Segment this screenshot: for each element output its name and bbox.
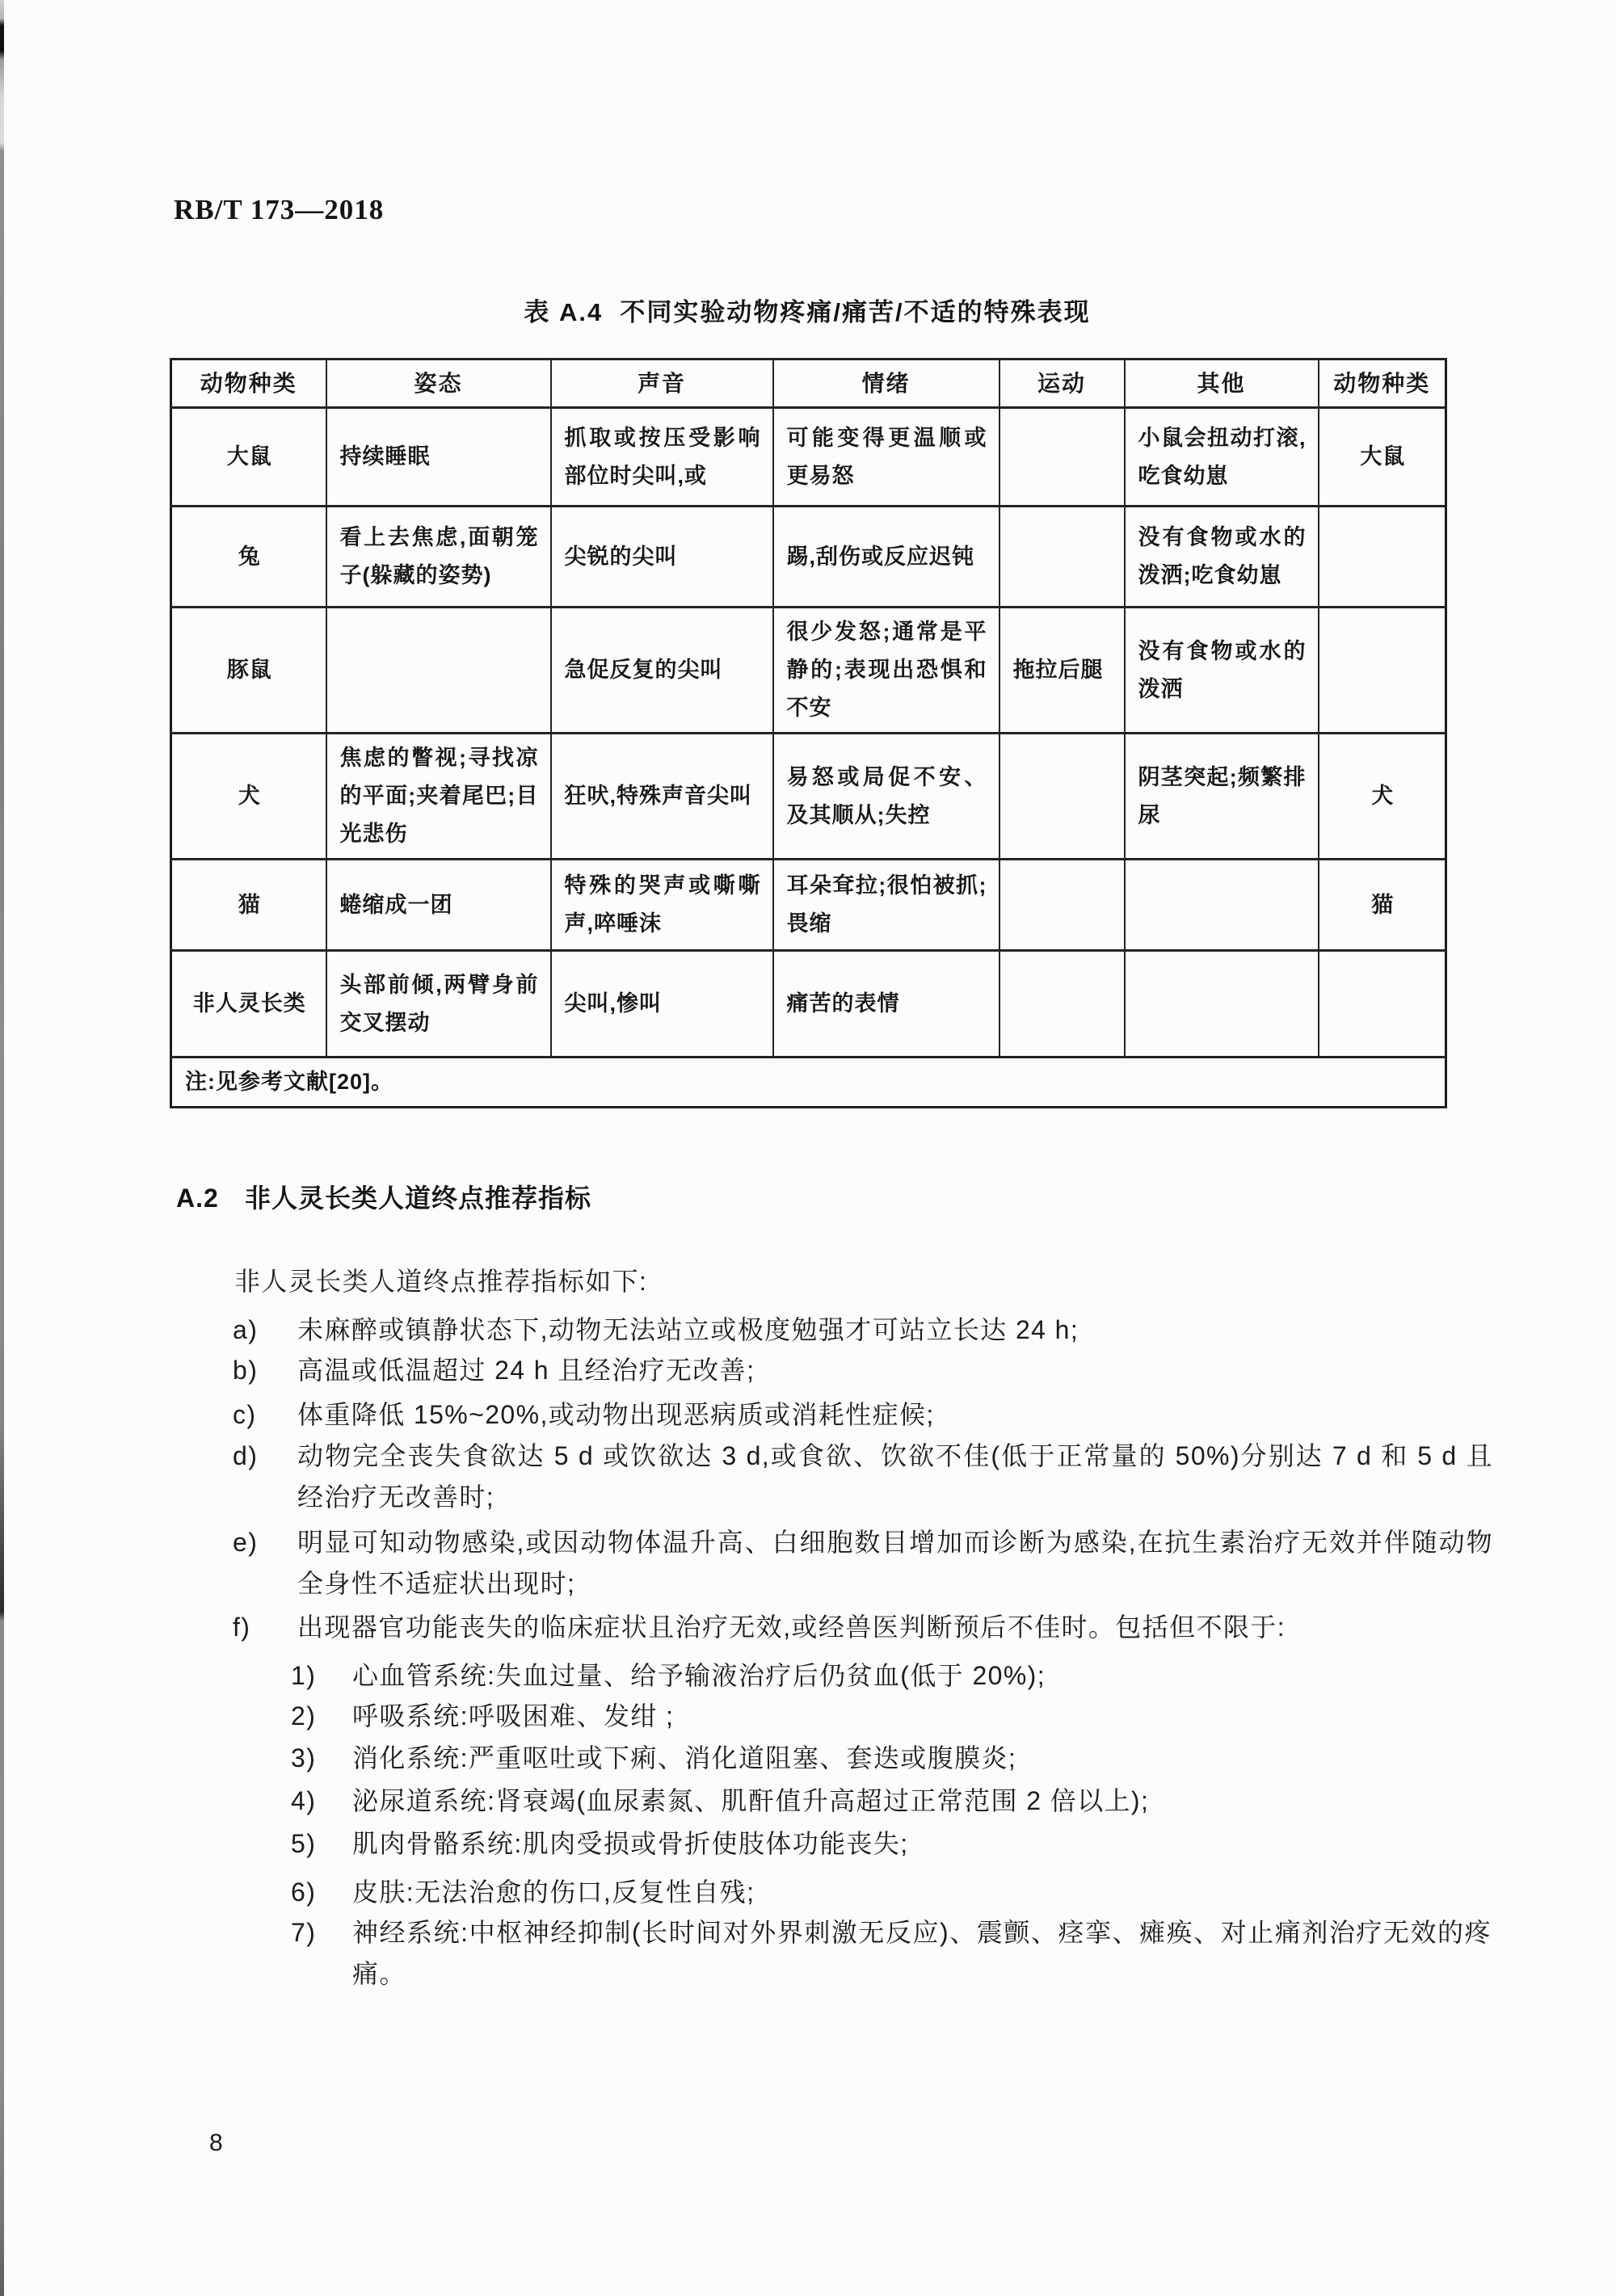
list-item: 5)肌肉骨骼系统:肌肉受损或骨折使肢体功能丧失; xyxy=(291,1823,1495,1865)
animal-name-cell: 犬 xyxy=(1319,734,1446,860)
list-item-label: 2) xyxy=(291,1696,352,1737)
table-cell: 尖锐的尖叫 xyxy=(551,507,773,608)
table-cell: 拖拉后腿 xyxy=(999,608,1125,734)
list-item-label: 1) xyxy=(291,1655,352,1697)
list-item-text: 肌肉骨骼系统:肌肉受损或骨折使肢体功能丧失; xyxy=(352,1823,1492,1865)
table-header-cell: 运动 xyxy=(999,360,1125,408)
section-intro: 非人灵长类人道终点推荐指标如下: xyxy=(234,1261,647,1302)
section-number: A.2 xyxy=(176,1184,245,1213)
list-item: d)动物完全丧失食欲达 5 d 或饮欲达 3 d,或食欲、饮欲不佳(低于正常量的… xyxy=(233,1436,1493,1518)
table-cell: 没有食物或水的泼洒 xyxy=(1125,608,1319,734)
standard-number: RB/T 173—2018 xyxy=(174,194,384,226)
table-cell: 持续睡眠 xyxy=(326,408,551,507)
page-number: 8 xyxy=(209,2130,223,2157)
table-note: 注:见参考文献[20]。 xyxy=(171,1058,1446,1108)
table-row: 犬焦虑的瞥视;寻找凉的平面;夹着尾巴;目光悲伤狂吠,特殊声音尖叫易怒或局促不安、… xyxy=(171,734,1446,860)
list-item-text: 出现器官功能丧失的临床症状且治疗无效,或经兽医判断预后不佳时。包括但不限于: xyxy=(297,1607,1493,1648)
list-item-label: 5) xyxy=(291,1823,352,1865)
list-item-label: f) xyxy=(233,1607,297,1648)
table-cell xyxy=(1125,951,1319,1058)
table-header-cell: 声音 xyxy=(551,360,773,408)
table-row: 猫蜷缩成一团特殊的哭声或嘶嘶声,啐唾沫耳朵耷拉;很怕被抓;畏缩猫 xyxy=(171,860,1446,951)
list-item-label: a) xyxy=(233,1310,297,1351)
table-cell: 焦虑的瞥视;寻找凉的平面;夹着尾巴;目光悲伤 xyxy=(326,734,551,860)
list-item-text: 动物完全丧失食欲达 5 d 或饮欲达 3 d,或食欲、饮欲不佳(低于正常量的 5… xyxy=(297,1436,1493,1518)
list-item-text: 体重降低 15%~20%,或动物出现恶病质或消耗性症候; xyxy=(297,1394,1493,1436)
table-cell xyxy=(999,507,1125,608)
list-item: c)体重降低 15%~20%,或动物出现恶病质或消耗性症候; xyxy=(233,1394,1493,1436)
table-row: 非人灵长类头部前倾,两臂身前交叉摆动尖叫,惨叫痛苦的表情 xyxy=(171,951,1446,1058)
list-item-text: 心血管系统:失血过量、给予输液治疗后仍贫血(低于 20%); xyxy=(352,1655,1492,1697)
table-title: 表 A.4 不同实验动物疼痛/痛苦/不适的特殊表现 xyxy=(170,292,1445,328)
animal-name-cell: 猫 xyxy=(1319,860,1446,951)
list-item-label: 4) xyxy=(291,1781,352,1822)
list-item-label: 3) xyxy=(291,1738,352,1779)
animal-name-cell: 非人灵长类 xyxy=(171,951,326,1058)
list-item-text: 未麻醉或镇静状态下,动物无法站立或极度勉强才可站立长达 24 h; xyxy=(297,1310,1493,1351)
table-cell: 痛苦的表情 xyxy=(773,951,999,1058)
list-item: 6)皮肤:无法治愈的伤口,反复性自残; xyxy=(291,1872,1495,1913)
list-item: 4)泌尿道系统:肾衰竭(血尿素氮、肌酐值升高超过正常范围 2 倍以上); xyxy=(291,1781,1495,1822)
table-row: 大鼠持续睡眠抓取或按压受影响部位时尖叫,或可能变得更温顺或更易怒小鼠会扭动打滚,… xyxy=(171,408,1446,507)
document-page: { "page": { "standard_number": "RB/T 173… xyxy=(0,0,1616,2296)
table-cell: 特殊的哭声或嘶嘶声,啐唾沫 xyxy=(551,860,773,951)
table-cell xyxy=(326,608,551,734)
list-item-label: 6) xyxy=(291,1872,352,1913)
table-cell: 可能变得更温顺或更易怒 xyxy=(773,408,999,507)
table-cell: 急促反复的尖叫 xyxy=(551,608,773,734)
list-item-text: 泌尿道系统:肾衰竭(血尿素氮、肌酐值升高超过正常范围 2 倍以上); xyxy=(352,1781,1492,1822)
list-item-label: e) xyxy=(233,1522,297,1604)
table-cell xyxy=(999,951,1125,1058)
list-item: b)高温或低温超过 24 h 且经治疗无改善; xyxy=(233,1350,1493,1391)
table-cell xyxy=(999,408,1125,507)
table-cell: 狂吠,特殊声音尖叫 xyxy=(551,734,773,860)
table-header-cell: 动物种类 xyxy=(171,360,326,408)
table-header-cell: 姿态 xyxy=(326,360,551,408)
table-row: 兔看上去焦虑,面朝笼子(躲藏的姿势)尖锐的尖叫踢,刮伤或反应迟钝没有食物或水的泼… xyxy=(171,507,1446,608)
animal-name-cell: 犬 xyxy=(171,734,326,860)
table-cell xyxy=(1125,860,1319,951)
list-item-label: d) xyxy=(233,1436,297,1518)
animal-name-cell: 大鼠 xyxy=(1319,408,1446,507)
scan-edge-artifact xyxy=(0,0,4,2296)
list-item-label: c) xyxy=(233,1394,297,1436)
table-cell: 很少发怒;通常是平静的;表现出恐惧和不安 xyxy=(773,608,999,734)
animal-name-cell xyxy=(1319,608,1446,734)
list-item-label: b) xyxy=(233,1350,297,1391)
table-cell: 抓取或按压受影响部位时尖叫,或 xyxy=(551,408,773,507)
animal-name-cell xyxy=(1319,951,1446,1058)
table-cell: 耳朵耷拉;很怕被抓;畏缩 xyxy=(773,860,999,951)
table-header-cell: 情绪 xyxy=(773,360,999,408)
animal-pain-signs-table: 动物种类姿态声音情绪运动其他动物种类 大鼠持续睡眠抓取或按压受影响部位时尖叫,或… xyxy=(170,358,1447,1108)
list-item: 7)神经系统:中枢神经抑制(长时间对外界刺激无反应)、震颤、痉挛、瘫痪、对止痛剂… xyxy=(291,1912,1495,1995)
table-cell: 阴茎突起;频繁排尿 xyxy=(1125,734,1319,860)
animal-name-cell: 猫 xyxy=(171,860,326,951)
list-item: e)明显可知动物感染,或因动物体温升高、白细胞数目增加而诊断为感染,在抗生素治疗… xyxy=(233,1522,1493,1604)
animal-name-cell: 兔 xyxy=(171,507,326,608)
table-cell: 尖叫,惨叫 xyxy=(551,951,773,1058)
table-header-cell: 动物种类 xyxy=(1319,360,1446,408)
table-cell: 没有食物或水的泼洒;吃食幼崽 xyxy=(1125,507,1319,608)
table-cell: 看上去焦虑,面朝笼子(躲藏的姿势) xyxy=(326,507,551,608)
section-heading: A.2非人灵长类人道终点推荐指标 xyxy=(176,1178,591,1215)
list-item-text: 明显可知动物感染,或因动物体温升高、白细胞数目增加而诊断为感染,在抗生素治疗无效… xyxy=(297,1522,1493,1604)
animal-name-cell xyxy=(1319,507,1446,608)
animal-name-cell: 大鼠 xyxy=(171,408,326,507)
table-cell: 头部前倾,两臂身前交叉摆动 xyxy=(326,951,551,1058)
table-header-row: 动物种类姿态声音情绪运动其他动物种类 xyxy=(171,360,1446,408)
list-item-text: 消化系统:严重呕吐或下痢、消化道阻塞、套迭或腹膜炎; xyxy=(352,1738,1492,1779)
table-cell: 小鼠会扭动打滚,吃食幼崽 xyxy=(1125,408,1319,507)
list-item-text: 高温或低温超过 24 h 且经治疗无改善; xyxy=(297,1350,1493,1391)
table-header-cell: 其他 xyxy=(1125,360,1319,408)
list-item-text: 神经系统:中枢神经抑制(长时间对外界刺激无反应)、震颤、痉挛、瘫痪、对止痛剂治疗… xyxy=(352,1912,1492,1995)
table-body: 大鼠持续睡眠抓取或按压受影响部位时尖叫,或可能变得更温顺或更易怒小鼠会扭动打滚,… xyxy=(171,408,1446,1108)
animal-name-cell: 豚鼠 xyxy=(171,608,326,734)
list-item: f)出现器官功能丧失的临床症状且治疗无效,或经兽医判断预后不佳时。包括但不限于: xyxy=(233,1607,1493,1648)
list-item: a)未麻醉或镇静状态下,动物无法站立或极度勉强才可站立长达 24 h; xyxy=(233,1310,1493,1351)
table-row: 豚鼠急促反复的尖叫很少发怒;通常是平静的;表现出恐惧和不安拖拉后腿没有食物或水的… xyxy=(171,608,1446,734)
table-cell xyxy=(999,734,1125,860)
list-item: 3)消化系统:严重呕吐或下痢、消化道阻塞、套迭或腹膜炎; xyxy=(291,1738,1495,1779)
list-item: 1)心血管系统:失血过量、给予输液治疗后仍贫血(低于 20%); xyxy=(291,1655,1495,1697)
list-item-text: 呼吸系统:呼吸困难、发绀 ; xyxy=(352,1696,1492,1737)
list-item: 2)呼吸系统:呼吸困难、发绀 ; xyxy=(291,1696,1495,1737)
list-item-text: 皮肤:无法治愈的伤口,反复性自残; xyxy=(352,1872,1492,1913)
table-cell xyxy=(999,860,1125,951)
table-cell: 易怒或局促不安、及其顺从;失控 xyxy=(773,734,999,860)
table-cell: 踢,刮伤或反应迟钝 xyxy=(773,507,999,608)
list-item-label: 7) xyxy=(291,1912,352,1995)
section-title: 非人灵长类人道终点推荐指标 xyxy=(245,1184,591,1213)
table-cell: 蜷缩成一团 xyxy=(326,860,551,951)
